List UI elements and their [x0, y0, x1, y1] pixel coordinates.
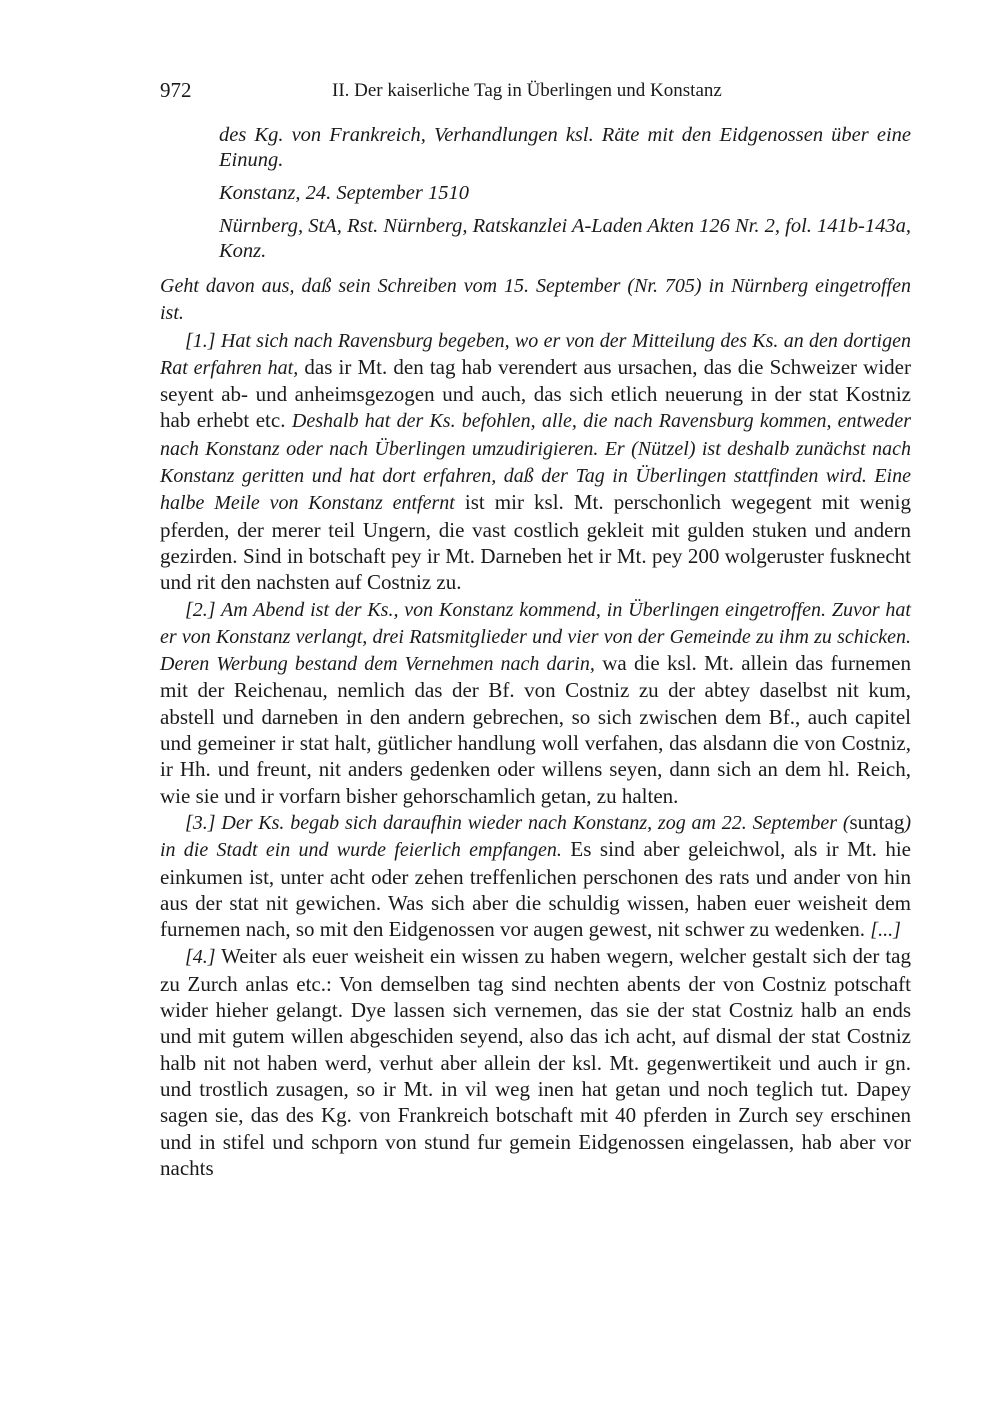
running-title: II. Der kaiserliche Tag in Überlingen un…	[332, 80, 722, 102]
intro-summary: Geht davon aus, daß sein Schreiben vom 1…	[160, 272, 911, 327]
regest-tail: des Kg. von Frankreich, Verhandlungen ks…	[219, 123, 911, 173]
document-page: 972 II. Der kaiserliche Tag in Überlinge…	[160, 78, 911, 1181]
source-quote: suntag	[850, 810, 905, 834]
paragraph-number: [4.]	[185, 946, 216, 968]
intro-text: Geht davon aus, daß sein Schreiben vom 1…	[160, 275, 911, 324]
page-number: 972	[160, 78, 192, 103]
place-date: Konstanz, 24. September 1510	[219, 181, 911, 206]
document-body: Geht davon aus, daß sein Schreiben vom 1…	[160, 272, 911, 1181]
omission-mark: [...]	[870, 919, 901, 941]
paragraph-1: [1.] Hat sich nach Ravensburg begeben, w…	[160, 327, 911, 596]
paragraph-4: [4.] Weiter als euer weisheit ein wissen…	[160, 943, 911, 1181]
paragraph-3: [3.] Der Ks. begab sich daraufhin wieder…	[160, 809, 911, 943]
document-head: des Kg. von Frankreich, Verhandlungen ks…	[219, 123, 911, 264]
source-citation: Nürnberg, StA, Rst. Nürnberg, Ratskanzle…	[219, 214, 911, 264]
running-header: 972 II. Der kaiserliche Tag in Überlinge…	[160, 78, 911, 108]
paragraph-2: [2.] Am Abend ist der Ks., von Konstanz …	[160, 596, 911, 809]
editorial-summary: [3.] Der Ks. begab sich daraufhin wieder…	[185, 812, 850, 834]
source-quote: Weiter als euer weisheit ein wissen zu h…	[160, 944, 911, 1179]
